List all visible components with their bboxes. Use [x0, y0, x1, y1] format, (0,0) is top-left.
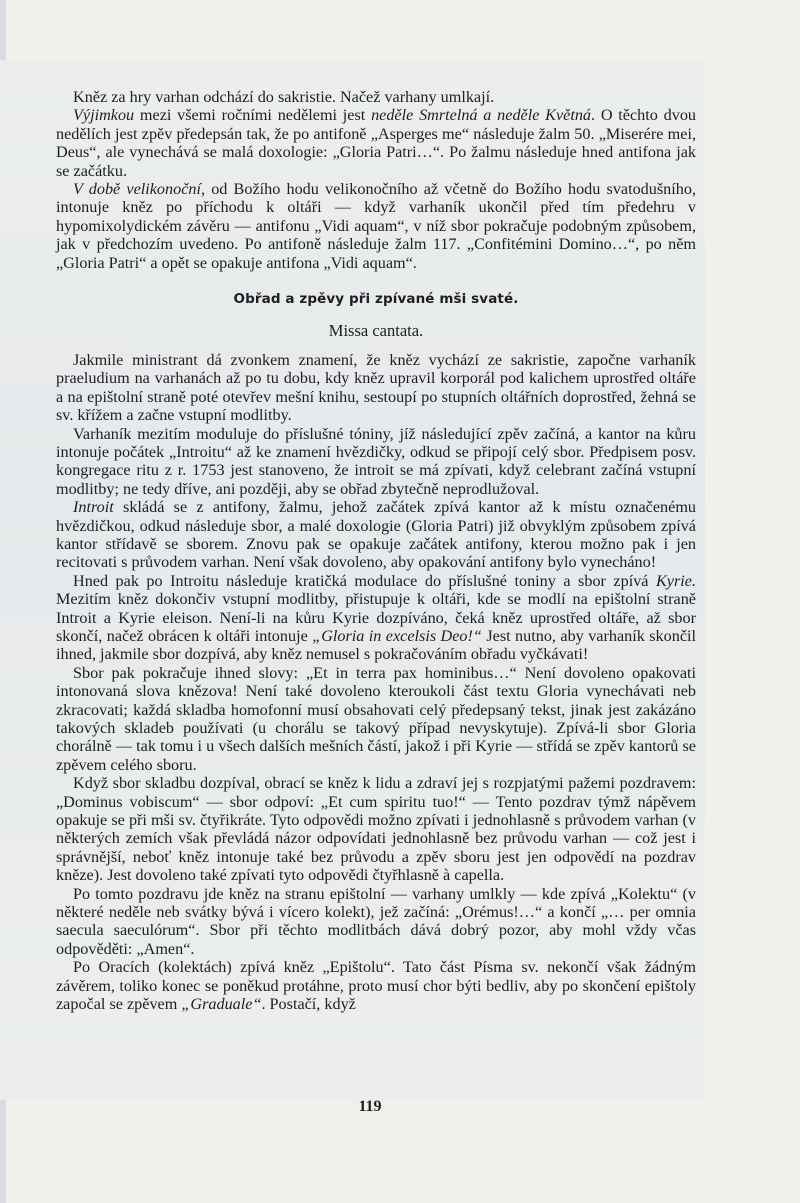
text-run: Když sbor skladbu dozpíval, obrací se kn… [56, 774, 696, 884]
italic-run: Výjimkou [73, 106, 134, 124]
text-run: Kněz za hry varhan odchází do sakristie.… [73, 88, 494, 106]
paragraph-main-8: Po Oracích (kolektách) zpívá kněz „Epišt… [56, 958, 696, 1013]
text-run: Varhaník mezitím moduluje do příslušné t… [56, 425, 696, 498]
paragraph-intro-3: V době velikonoční, od Božího hodu velik… [56, 180, 696, 272]
italic-run: neděle Smrtelná a neděle Květná [371, 106, 591, 124]
italic-run: V době velikonoční, [73, 180, 205, 198]
page-body: Kněz za hry varhan odchází do sakristie.… [56, 88, 696, 1014]
text-run: mezi všemi ročními nedělemi jest [134, 106, 371, 124]
text-run: Hned pak po Introitu následuje kratičká … [73, 572, 656, 590]
section-subheading: Missa cantata. [56, 322, 696, 340]
paragraph-main-2: Varhaník mezitím moduluje do příslušné t… [56, 425, 696, 499]
paragraph-main-4: Hned pak po Introitu následuje kratičká … [56, 572, 696, 664]
section-heading: Obřad a zpěvy při zpívané mši svaté. [56, 290, 696, 308]
text-run: skládá se z antifony, žalmu, jehož začát… [56, 498, 696, 571]
italic-run: „Graduale“ [181, 995, 261, 1013]
page-number: 119 [0, 1098, 740, 1116]
paragraph-main-6: Když sbor skladbu dozpíval, obrací se kn… [56, 774, 696, 884]
paragraph-main-3: Introit skládá se z antifony, žalmu, jeh… [56, 498, 696, 572]
text-run: . Postačí, když [261, 995, 355, 1013]
text-run: Po Oracích (kolektách) zpívá kněz „Epišt… [56, 958, 696, 1013]
text-run: Sbor pak pokračuje ihned slovy: „Et in t… [56, 664, 696, 774]
paragraph-intro-1: Kněz za hry varhan odchází do sakristie.… [56, 88, 696, 106]
paragraph-main-5: Sbor pak pokračuje ihned slovy: „Et in t… [56, 664, 696, 774]
paragraph-intro-2: Výjimkou mezi všemi ročními nedělemi jes… [56, 106, 696, 180]
text-run: Po tomto pozdravu jde kněz na stranu epi… [56, 885, 696, 958]
italic-run: Introit [73, 498, 114, 516]
paragraph-main-1: Jakmile ministrant dá zvonkem znamení, ž… [56, 351, 696, 425]
paragraph-main-7: Po tomto pozdravu jde kněz na stranu epi… [56, 885, 696, 959]
text-run: Jakmile ministrant dá zvonkem znamení, ž… [56, 351, 696, 424]
italic-run: „Gloria in excelsis Deo!“ [312, 627, 482, 645]
italic-run: Kyrie. [656, 572, 696, 590]
